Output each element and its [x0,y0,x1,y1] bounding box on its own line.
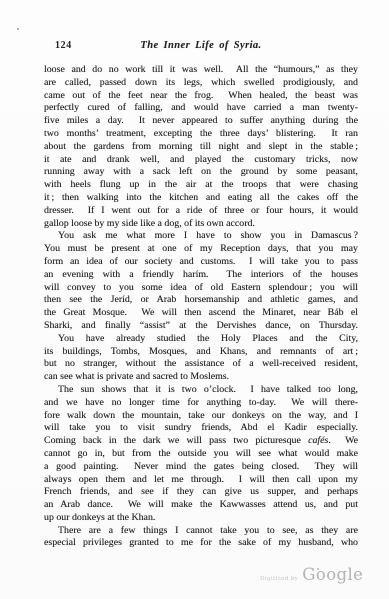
text-line: cannot go in, but from the outside you w… [44,448,358,461]
text-line: with heels flung up in the air at the tr… [44,179,358,192]
text-line: up our donkeys at the Khan. [44,512,358,525]
text-line: and we have no longer time for anything … [44,397,358,410]
watermark: Digitized by Google [260,565,363,584]
scan-speck [317,568,319,570]
book-page: 124 The Inner Life of Syria. loose and d… [0,0,389,599]
text-line: There are a few things I cannot take you… [44,525,358,538]
text-line: gallop loose by my side like a dog, of i… [44,218,358,231]
running-title: The Inner Life of Syria. [44,40,358,51]
scan-speck [17,28,19,30]
text-line: a good painting. Never mind the gates be… [44,461,358,474]
text-line: came out of the feet near the frog. When… [44,90,358,103]
text-line: but no stranger, without the assistance … [44,358,358,371]
text-line: always open them and let me through. I w… [44,474,358,487]
text-line: loose and do no work till it was well. A… [44,64,358,77]
text-line: French friends, and see if they can give… [44,486,358,499]
text-line: perfectly cured of falling, and would ha… [44,102,358,115]
text-line: two months’ treatment, excepting the thr… [44,128,358,141]
text-line: You ask me what more I have to show you … [44,230,358,243]
text-line: The sun shows that it is two o’clock. I … [44,384,358,397]
text-line: are called, passed down its legs, which … [44,77,358,90]
text-line: can see what is private and sacred to Mo… [44,371,358,384]
text-line: it ; then walking into the kitchen and e… [44,192,358,205]
page-header: 124 The Inner Life of Syria. [44,40,358,55]
text-line: running away with a sack left on the gro… [44,166,358,179]
text-line: will take you to visit sundry friends, A… [44,422,358,435]
text-line: Coming back in the dark we will pass two… [44,435,358,448]
text-line: it ate and drank well, and played the cu… [44,154,358,167]
text-line: its buildings, Tombs, Mosques, and Khans… [44,346,358,359]
text-line: an evening with a friendly harím. The in… [44,269,358,282]
text-line: Sharki, and finally “assist” at the Derv… [44,320,358,333]
text-line: fore walk down the mountain, take our do… [44,410,358,423]
page-number: 124 [55,40,72,51]
text-line: about the gardens from morning till nigh… [44,141,358,154]
text-line: will convey to you some idea of old East… [44,282,358,295]
text-line: the Great Mosque. We will then ascend th… [44,307,358,320]
text-line: form an idea of our society and customs.… [44,256,358,269]
text-line: You must be present at one of my Recepti… [44,243,358,256]
text-line: then see the Jeríd, or Arab horsemanship… [44,294,358,307]
google-watermark-brand: Google [302,565,363,584]
text-line: an Arab dance. We will make the Kawwasse… [44,499,358,512]
text-line: five miles a day. It never appeared to s… [44,115,358,128]
text-line: especial privileges granted to me for th… [44,537,358,550]
text-line: You have already studied the Holy Places… [44,333,358,346]
watermark-prefix: Digitized by [260,576,298,582]
text-line: dresser. If I went out for a ride of thr… [44,205,358,218]
page-body-text: loose and do no work till it was well. A… [44,64,358,550]
